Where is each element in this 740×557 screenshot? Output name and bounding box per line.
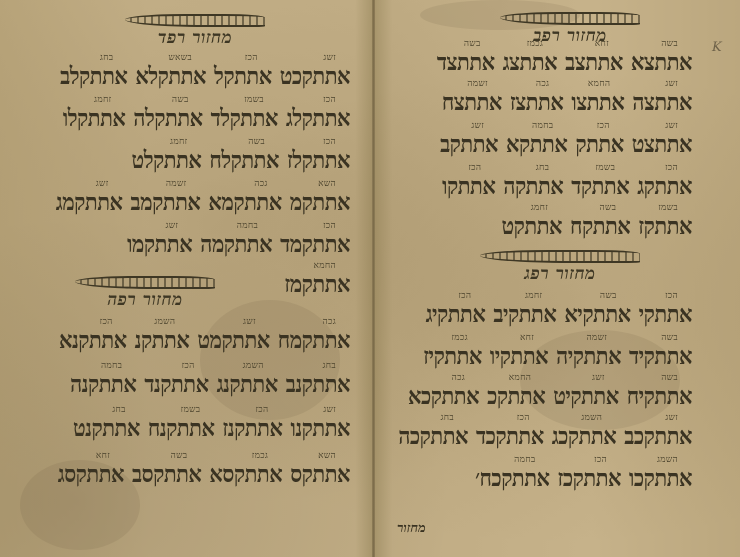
- table-row: השמגאתתקכוהכזאתתקכזבחמהאתתקכח׳: [475, 456, 692, 488]
- decorative-flourish-icon: [75, 276, 215, 289]
- year-entry: בשמזאתתקלד: [211, 96, 278, 128]
- year-number: אתתקיט: [553, 384, 619, 408]
- year-entry: הכזאתתקמד: [280, 222, 350, 254]
- year-number: אתתקמט: [197, 328, 269, 352]
- year-entry: החמאאתתקכ: [487, 374, 545, 406]
- year-entry: גכמזאתתקיז: [423, 334, 482, 366]
- table-row: בשהאתתקידזשמהאתתקיהזחאאתתקיוגכמזאתתקיז: [423, 334, 692, 366]
- table-row: זשגאתתקנוהכזאתתקנזבשמזאתתקנחבחגאתתקנט: [73, 406, 350, 438]
- year-entry: בחגאתתקנט: [73, 406, 140, 438]
- year-number: אתתקלו: [63, 106, 126, 130]
- year-number: אתתקנג: [217, 372, 278, 396]
- table-row: בחגאתתקנבהשמגאתתקנגהכזאתתקנדבחמהאתתקנה: [70, 362, 350, 394]
- year-entry: בשאשאתתקלא: [135, 54, 206, 86]
- year-entry: בשהאתתקלה: [133, 96, 202, 128]
- margin-mark: K: [712, 40, 722, 55]
- year-entry: בשהאתתצד: [437, 40, 495, 72]
- year-entry: זשגאתתקנו: [290, 406, 350, 438]
- year-number: אתתקג: [637, 174, 692, 198]
- year-entry: השמגאתתקנ: [135, 318, 190, 350]
- table-row: זשגאתתצההחמאאתתצוגכהאתתצזזשמהאתתצח: [442, 80, 692, 112]
- table-row: השאאתתקמגכהאתתקמאזשמהאתתקמבזשגאתתקמג: [56, 180, 350, 212]
- table-row: הכזאתתקמדבחמהאתתקמהזשגאתתקמו: [127, 222, 350, 254]
- year-entry: בשהאתתקלח: [209, 138, 279, 170]
- year-entry: זשמהאתתקיה: [556, 334, 621, 366]
- year-number: אתתקכח׳: [475, 466, 549, 490]
- year-entry: זשגאתתצט: [632, 122, 692, 154]
- year-entry: השמגאתתקנג: [217, 362, 278, 394]
- table-row: בשהאתתקיחזשגאתתקיטהחמאאתתקכגכהאתתקכא: [408, 374, 692, 406]
- year-entry: בחגאתתקה: [503, 164, 563, 196]
- heading-text: מחזור רפג: [524, 264, 595, 284]
- year-entry: השאאתתקס: [290, 452, 350, 484]
- year-entry: בחגאתתקלב: [60, 54, 127, 86]
- year-entry: בחמהאתתקא: [506, 122, 567, 154]
- year-entry: גכהאתתקמח: [278, 318, 350, 350]
- year-number: אתתקז: [638, 214, 692, 238]
- year-number: אתתקיד: [629, 344, 692, 368]
- year-entry: הכזאתתקנז: [222, 406, 282, 438]
- year-entry: זשגאתתקב: [440, 122, 498, 154]
- year-entry: זשגאתתקמו: [127, 222, 192, 254]
- table-row: גכהאתתקמחזשגאתתקמטהשמגאתתקנהכזאתתקנא: [59, 318, 350, 350]
- table-row: הכזאתתקלזבשהאתתקלחזחמגאתתקלט: [132, 138, 350, 170]
- year-number: אתתצא: [631, 50, 692, 74]
- year-number: אתתקא: [506, 132, 567, 156]
- year-entry: בשהאתתקיד: [629, 334, 692, 366]
- year-entry: זשגאתתקמט: [197, 318, 269, 350]
- year-number: אתתקמח: [278, 328, 350, 352]
- manuscript-spread: מחזור רפדזשגאתתקכטהכזאתתקלבשאשאתתקלאבחגא…: [0, 0, 740, 557]
- year-entry: הכזאתתקכד: [476, 414, 544, 446]
- table-row: זשגאתתקכבהשמגאתתקכגהכזאתתקכדבחגאתתקכה: [398, 414, 692, 446]
- year-entry: זחאאתתקסג: [58, 452, 124, 484]
- year-entry: זשגאתתקיט: [553, 374, 619, 406]
- table-row: זשגאתתקכטהכזאתתקלבשאשאתתקלאבחגאתתקלב: [60, 54, 350, 86]
- year-number: אתתקיז: [423, 344, 482, 368]
- year-number: אתתקב: [440, 132, 498, 156]
- year-number: אתתקס: [290, 462, 350, 486]
- year-number: אתתקסג: [58, 462, 124, 486]
- year-entry: הכזאתתקכז: [558, 456, 621, 488]
- year-entry: הכזאתתקנא: [59, 318, 127, 350]
- year-entry: בשהאתתצא: [631, 40, 692, 72]
- year-entry: השאאתתקמ: [290, 180, 350, 212]
- year-number: אתתצח: [442, 90, 502, 114]
- year-entry: בשהאתתקסב: [132, 452, 201, 484]
- year-number: אתתקכו: [629, 466, 692, 490]
- year-number: אתתקלד: [211, 106, 278, 130]
- year-entry: החמאאתתקמז: [284, 262, 350, 294]
- year-number: אתתקיח: [627, 384, 692, 408]
- year-number: אתתקכא: [408, 384, 479, 408]
- year-number: אתתקו: [442, 174, 495, 198]
- year-entry: גכהאתתקמא: [208, 180, 281, 212]
- year-number: אתתקמה: [200, 232, 272, 256]
- year-entry: בשמזאתתקד: [571, 164, 629, 196]
- year-number: אתתקנד: [144, 372, 208, 396]
- year-entry: הכזאתתקי: [639, 292, 692, 324]
- year-number: אתתק: [575, 132, 623, 156]
- year-entry: זשמהאתתקמב: [131, 180, 201, 212]
- year-entry: גכמזאתתקסא: [209, 452, 282, 484]
- table-row: השאאתתקסגכמזאתתקסאבשהאתתקסבזחאאתתקסג: [58, 452, 350, 484]
- year-entry: בחמהאתתקכח׳: [475, 456, 549, 488]
- section-heading: מחזור רפד: [120, 14, 270, 48]
- year-entry: זחמגאתתקיב: [493, 292, 556, 324]
- year-number: אתתקלא: [135, 64, 206, 88]
- year-number: אתתקכב: [624, 424, 692, 448]
- year-entry: הכזאתתקלג: [286, 96, 350, 128]
- year-number: אתתקיג: [426, 302, 486, 326]
- year-number: אתתקנז: [222, 416, 282, 440]
- year-entry: בחמהאתתקמה: [200, 222, 272, 254]
- year-number: אתתקסא: [209, 462, 282, 486]
- year-entry: הכזאתתקנד: [144, 362, 208, 394]
- year-number: אתתקה: [503, 174, 563, 198]
- year-number: אתתקיו: [490, 344, 548, 368]
- year-number: אתתקכט: [280, 64, 350, 88]
- year-number: אתתקמב: [131, 190, 201, 214]
- year-entry: זשגאתתצה: [632, 80, 692, 112]
- year-number: אתתקכ: [487, 384, 545, 408]
- year-number: אתתקלג: [286, 106, 350, 130]
- year-number: אתתקמא: [208, 190, 281, 214]
- year-entry: החמאאתתצו: [571, 80, 624, 112]
- year-entry: בשמזאתתקז: [638, 204, 692, 236]
- year-number: אתתצג: [503, 50, 558, 74]
- year-entry: בשמזאתתקנח: [148, 406, 215, 438]
- year-entry: זשגאתתקכט: [280, 54, 350, 86]
- year-number: אתתקיב: [493, 302, 556, 326]
- year-number: אתתקל: [214, 64, 272, 88]
- left-page: מחזור רפדזשגאתתקכטהכזאתתקלבשאשאתתקלאבחגא…: [0, 0, 372, 557]
- year-entry: זחמגאתתקט: [502, 204, 563, 236]
- year-number: אתתקט: [502, 214, 563, 238]
- year-number: אתתצז: [510, 90, 563, 114]
- year-entry: הכזאתתקג: [637, 164, 692, 196]
- year-number: אתתקכג: [552, 424, 617, 448]
- year-number: אתתקלז: [287, 148, 350, 172]
- decorative-flourish-icon: [125, 14, 265, 27]
- table-row: הכזאתתקיבשהאתתקיאזחמגאתתקיבהכזאתתקיג: [426, 292, 692, 324]
- section-heading: מחזור רפה: [70, 276, 220, 310]
- year-number: אתתצו: [571, 90, 624, 114]
- year-number: אתתצב: [565, 50, 623, 74]
- decorative-flourish-icon: [500, 12, 640, 25]
- year-entry: השמגאתתקכג: [552, 414, 617, 446]
- year-number: אתתקסב: [132, 462, 201, 486]
- year-number: אתתצה: [632, 90, 692, 114]
- year-number: אתתקכה: [398, 424, 468, 448]
- table-row: בשהאתתצאזחאאתתצבגכמזאתתצגבשהאתתצד: [437, 40, 692, 72]
- year-number: אתתקנ: [135, 328, 190, 352]
- section-heading: מחזור רפג: [475, 250, 645, 284]
- year-entry: הכזאתתקו: [442, 164, 495, 196]
- year-number: אתתקיה: [556, 344, 621, 368]
- year-number: אתתקלט: [132, 148, 202, 172]
- year-number: אתתקכז: [558, 466, 621, 490]
- table-row: החמאאתתקמז: [284, 262, 350, 294]
- year-number: אתתקלב: [60, 64, 127, 88]
- year-number: אתתקח: [570, 214, 630, 238]
- year-number: אתתקנח: [148, 416, 215, 440]
- year-entry: הכזאתתקל: [214, 54, 272, 86]
- year-number: אתתקמז: [284, 272, 350, 296]
- year-entry: גכהאתתצז: [510, 80, 563, 112]
- year-entry: זחאאתתצב: [565, 40, 623, 72]
- year-entry: זחמגאתתקלו: [63, 96, 126, 128]
- year-number: אתתצד: [437, 50, 495, 74]
- year-entry: הכזאתתקלז: [287, 138, 350, 170]
- year-entry: בחגאתתקכה: [398, 414, 468, 446]
- year-entry: זחאאתתקיו: [490, 334, 548, 366]
- year-entry: בחגאתתקנב: [286, 362, 350, 394]
- year-number: אתתקנב: [286, 372, 350, 396]
- year-number: אתתקמ: [290, 190, 350, 214]
- year-entry: זשגאתתקמג: [56, 180, 123, 212]
- year-entry: הכזאתתקיג: [426, 292, 486, 324]
- year-number: אתתקלח: [209, 148, 279, 172]
- table-row: בשמזאתתקזבשהאתתקחזחמגאתתקט: [502, 204, 693, 236]
- year-entry: בשהאתתקיח: [627, 374, 692, 406]
- year-number: אתתקנה: [70, 372, 136, 396]
- year-number: אתתקנו: [290, 416, 350, 440]
- year-entry: בשהאתתקיא: [564, 292, 630, 324]
- year-number: אתתקמו: [127, 232, 192, 256]
- year-entry: בשהאתתקח: [570, 204, 630, 236]
- table-row: זשגאתתצטהכזאתתקבחמהאתתקאזשגאתתקב: [440, 122, 692, 154]
- year-entry: זחמגאתתקלט: [132, 138, 202, 170]
- table-row: הכזאתתקלגבשמזאתתקלדבשהאתתקלהזחמגאתתקלו: [63, 96, 350, 128]
- year-number: אתתקי: [639, 302, 692, 326]
- catchword: מחזור: [397, 520, 426, 536]
- decorative-flourish-icon: [480, 250, 640, 263]
- year-entry: גכהאתתקכא: [408, 374, 479, 406]
- year-entry: השמגאתתקכו: [629, 456, 692, 488]
- year-entry: זשגאתתקכב: [624, 414, 692, 446]
- heading-text: מחזור רפה: [107, 290, 182, 310]
- year-number: אתתקנט: [73, 416, 140, 440]
- year-number: אתתקד: [571, 174, 629, 198]
- year-number: אתתקלה: [133, 106, 202, 130]
- year-number: אתתצט: [632, 132, 692, 156]
- year-entry: בחמהאתתקנה: [70, 362, 136, 394]
- year-number: אתתקיא: [564, 302, 630, 326]
- year-entry: גכמזאתתצג: [503, 40, 558, 72]
- table-row: הכזאתתקגבשמזאתתקדבחגאתתקההכזאתתקו: [442, 164, 692, 196]
- year-number: אתתקנא: [59, 328, 127, 352]
- year-number: אתתקמג: [56, 190, 123, 214]
- right-page: K מחזור מחזור רפבבשהאתתצאזחאאתתצבגכמזאתת…: [375, 0, 740, 557]
- heading-text: מחזור רפד: [158, 28, 232, 48]
- year-entry: זשמהאתתצח: [442, 80, 502, 112]
- year-number: אתתקכד: [476, 424, 544, 448]
- year-number: אתתקמד: [280, 232, 350, 256]
- year-entry: הכזאתתק: [575, 122, 623, 154]
